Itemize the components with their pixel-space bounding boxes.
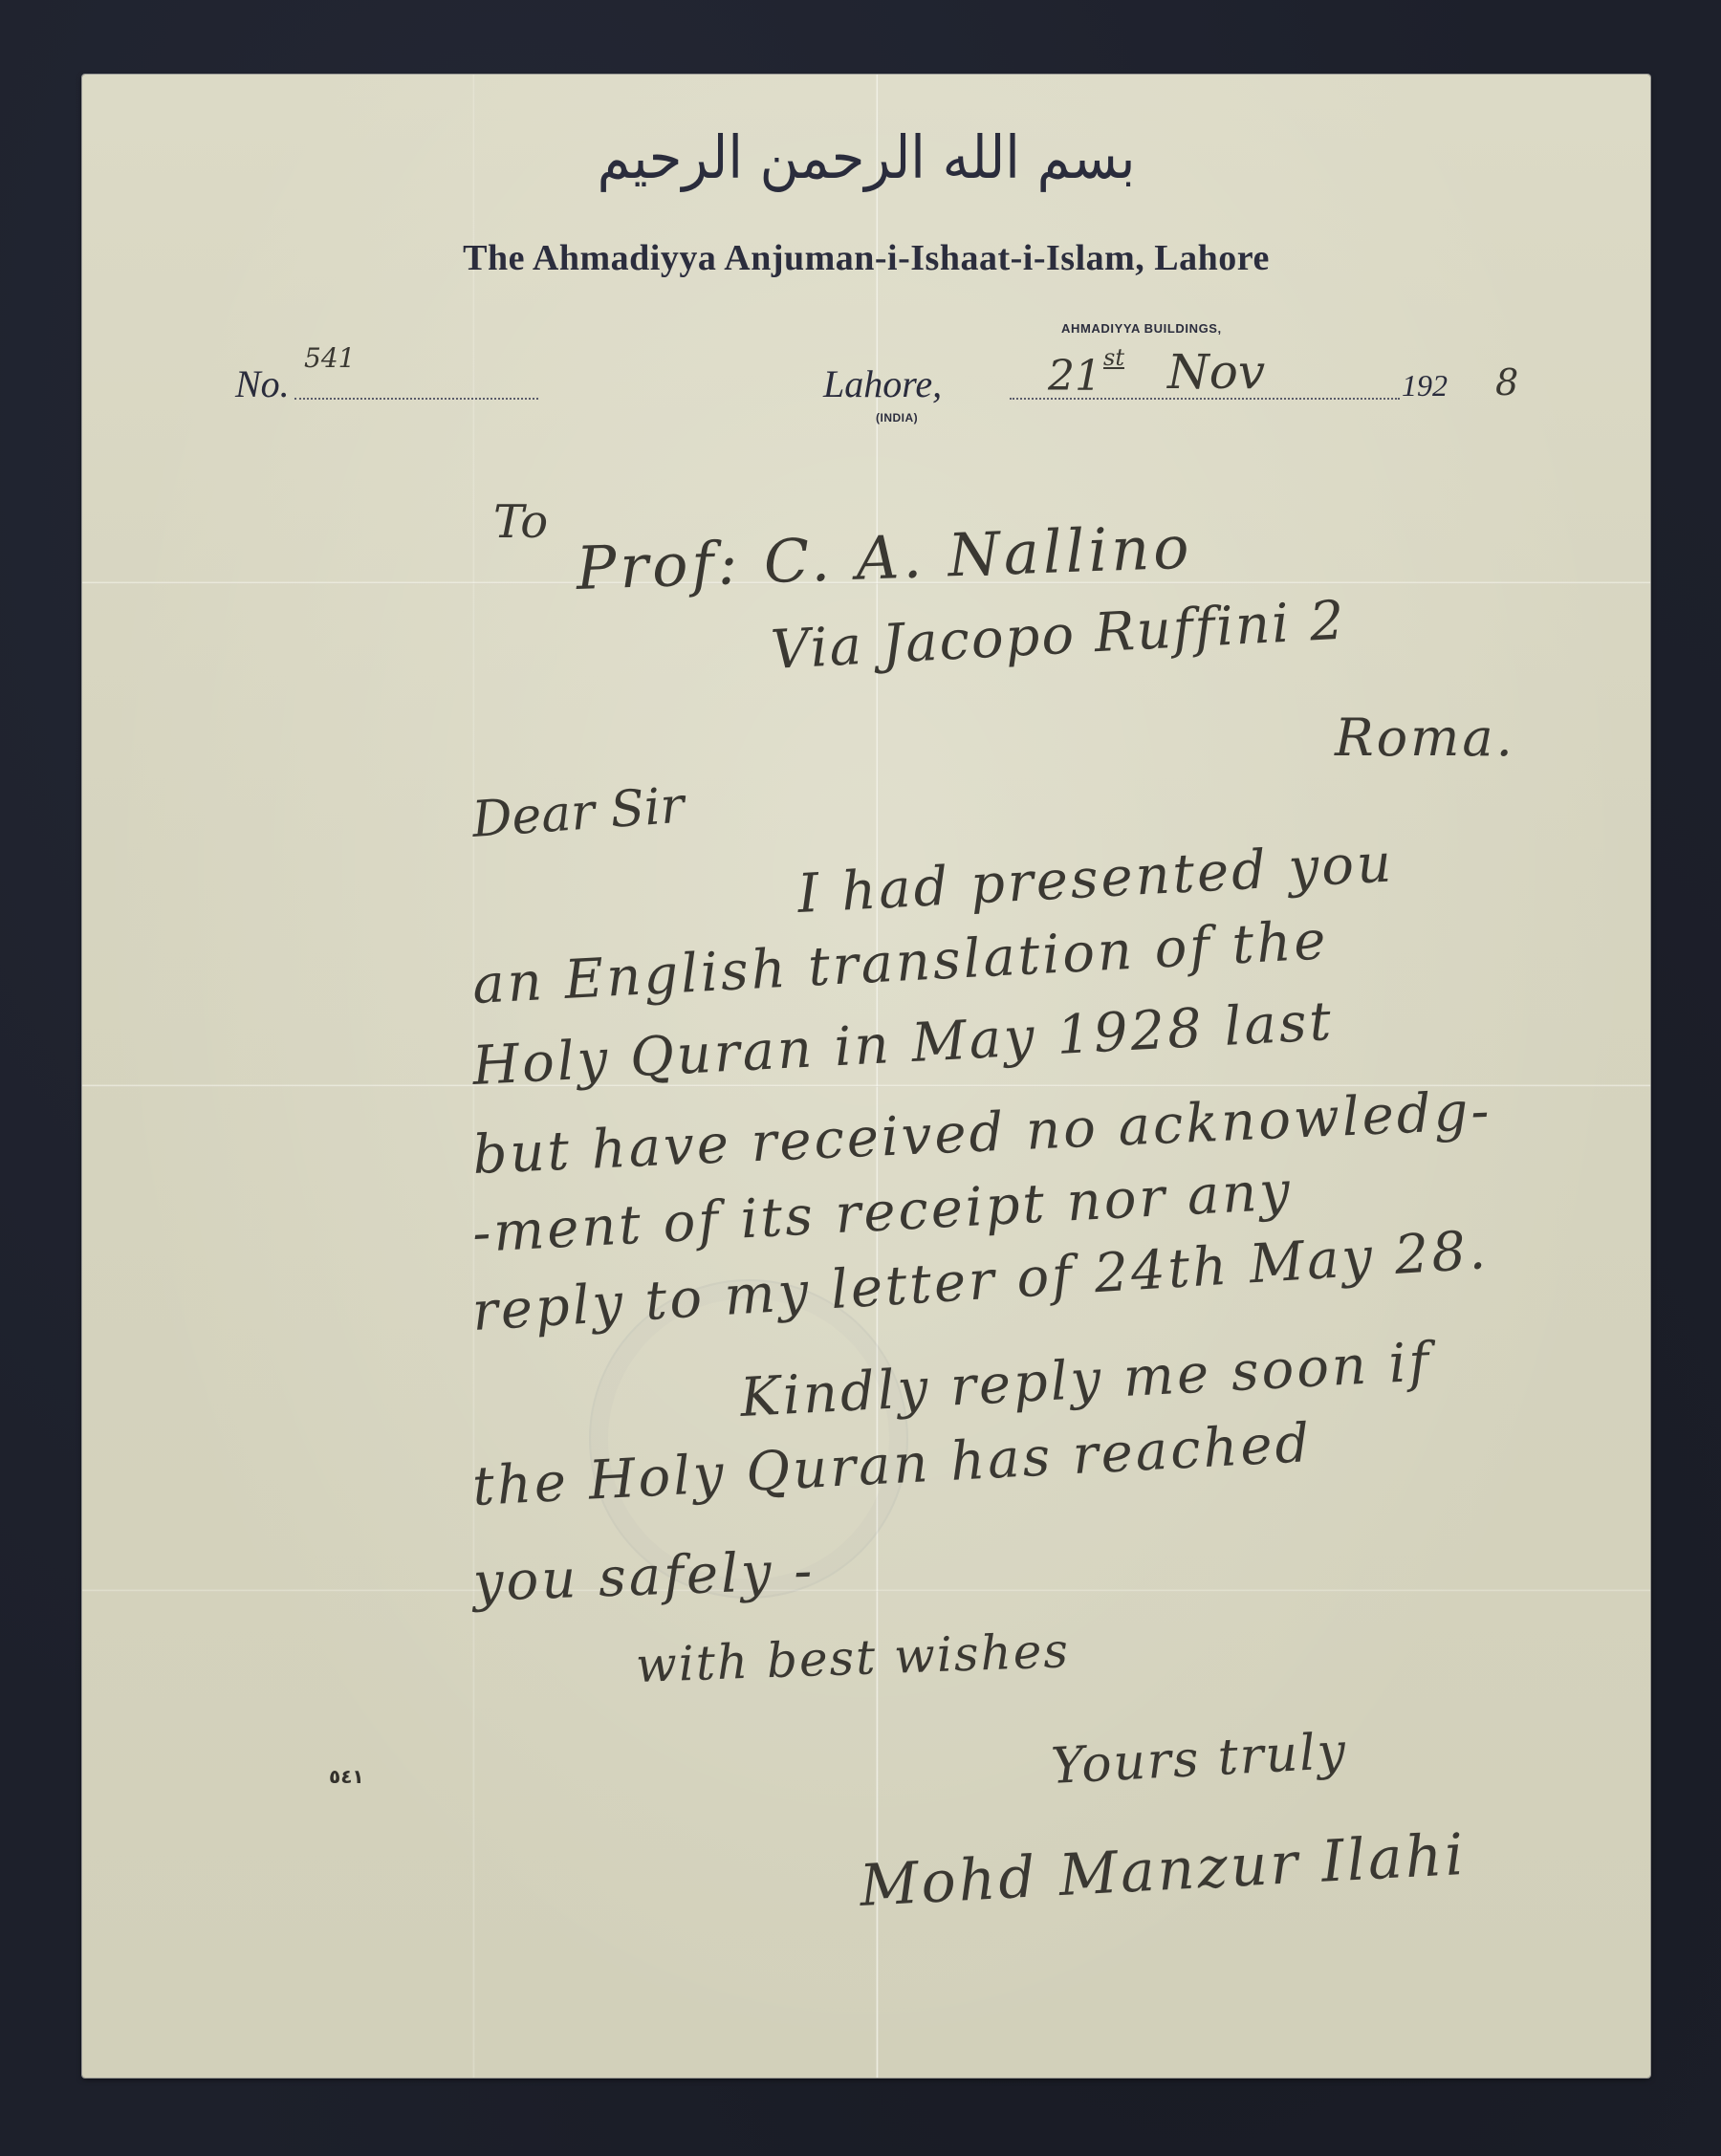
date-day: 21 [1048, 352, 1101, 401]
organization-name: The Ahmadiyya Anjuman-i-Ishaat-i-Islam, … [82, 237, 1650, 279]
horizontal-fold-line-lower [82, 1589, 1650, 1592]
letter-sheet: بسم الله الرحمن الرحيم The Ahmadiyya Anj… [82, 75, 1650, 2078]
number-label: No. [235, 361, 290, 406]
number-fill-line [294, 398, 538, 400]
salutation: Dear Sir [470, 777, 686, 849]
margin-annotation: ٥٤١ [329, 1765, 364, 1788]
year-digit: 8 [1495, 361, 1518, 403]
body-line: but have received no acknowledg- [471, 1080, 1492, 1187]
recipient-street: Via Jacopo Ruffini 2 [770, 590, 1347, 682]
signature: Mohd Manzur Ilahi [858, 1821, 1468, 1920]
date-month: Nov [1167, 344, 1265, 400]
recipient-city: Roma. [1335, 708, 1515, 768]
closing-phrase: with best wishes [635, 1622, 1071, 1693]
date-suffix: st [1103, 344, 1124, 371]
sign-off: Yours truly [1050, 1723, 1349, 1796]
body-line: you safely - [472, 1540, 817, 1614]
bismillah-calligraphy: بسم الله الرحمن الرحيم [82, 129, 1650, 188]
year-prefix: 192 [1402, 368, 1448, 403]
city-label: Lahore, [823, 361, 942, 406]
recipient-name: Prof: C. A. Nallino [575, 512, 1193, 603]
country-label: (INDIA) [876, 411, 918, 425]
letter-number: 541 [304, 342, 355, 374]
buildings-address: AHMADIYYA BUILDINGS, [1061, 321, 1222, 336]
to-label: To [493, 495, 548, 549]
